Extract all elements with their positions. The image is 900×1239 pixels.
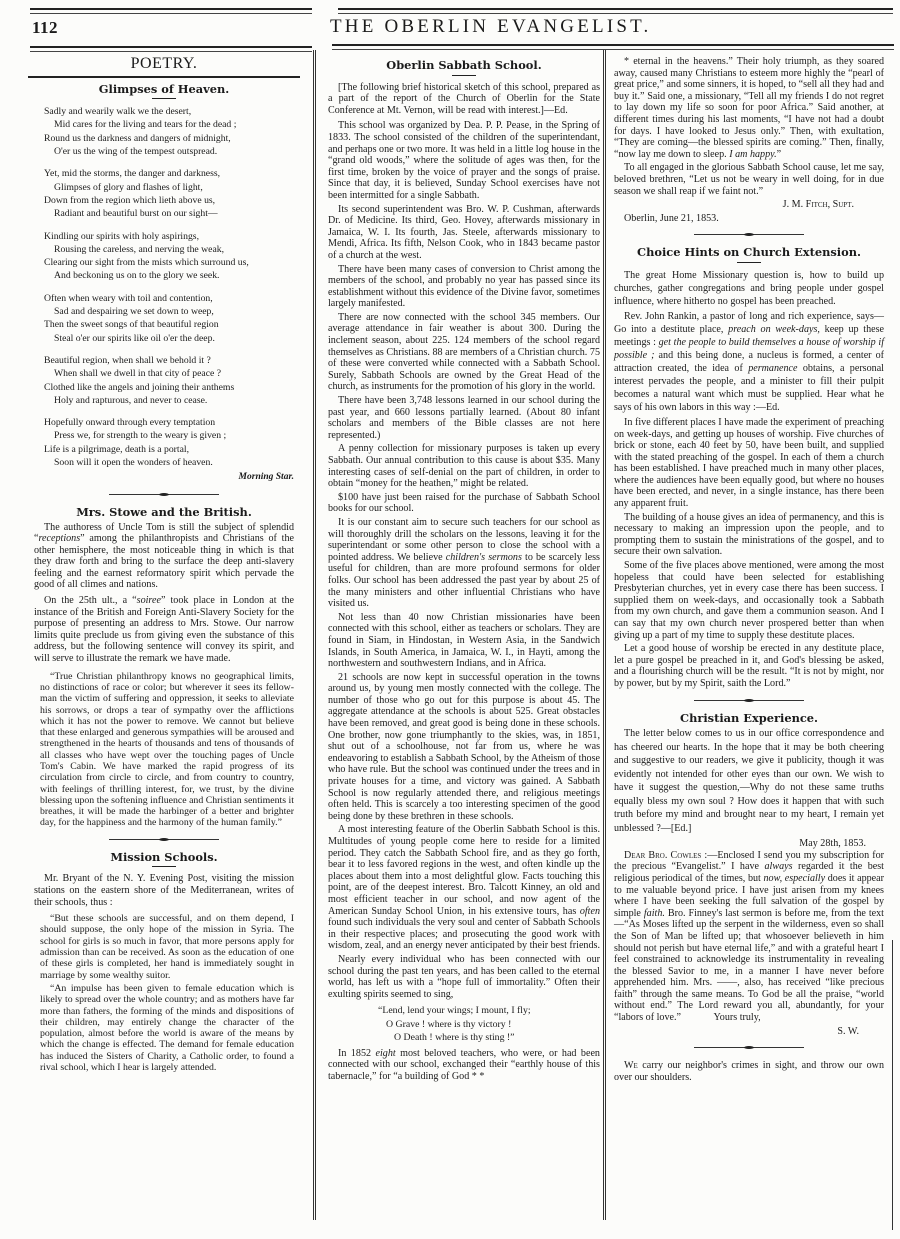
article-paragraph: There are now connected with the school … <box>328 312 600 393</box>
article-paragraph: The authoress of Uncle Tom is still the … <box>34 522 294 592</box>
header-rule-right-top <box>338 8 893 14</box>
poem-stanza: Kindling our spirits with holy aspirings… <box>44 230 294 283</box>
middle-column: Oberlin Sabbath School. [The following b… <box>328 56 600 1085</box>
article-paragraph: Let a good house of worship be erected i… <box>614 643 884 689</box>
column-divider-left <box>313 50 316 1220</box>
article-paragraph: $100 have just been raised for the purch… <box>328 492 600 515</box>
article-paragraph: The letter below comes to us in our offi… <box>614 727 884 835</box>
article-separator <box>694 1047 804 1048</box>
block-quote: “An impulse has been given to female edu… <box>40 983 294 1073</box>
continued-paragraph: * eternal in the heavens.” Their holy tr… <box>614 56 884 160</box>
title-rule <box>152 866 176 867</box>
article-title-stowe: Mrs. Stowe and the British. <box>34 507 294 519</box>
article-paragraph: Some of the five places above mentioned,… <box>614 560 884 641</box>
article-title-sabbath-school: Oberlin Sabbath School. <box>328 60 600 72</box>
article-paragraph: A penny collection for missionary purpos… <box>328 443 600 489</box>
article-paragraph: In 1852 eight most beloved teachers, who… <box>328 1048 600 1083</box>
article-paragraph: A most interesting feature of the Oberli… <box>328 824 600 952</box>
letter-initials: S. W. <box>614 1026 884 1038</box>
article-separator <box>694 234 804 235</box>
page-edge-right <box>892 940 893 1230</box>
article-paragraph: The great Home Missionary question is, h… <box>614 269 884 308</box>
article-paragraph: There have been many cases of conversion… <box>328 264 600 310</box>
article-separator <box>109 839 219 840</box>
hymn-verse: “Lend, lend your wings; I mount, I fly; … <box>378 1004 600 1045</box>
article-separator <box>694 700 804 701</box>
column-divider-right <box>603 50 606 1220</box>
poem-stanza: Beautiful region, when shall we behold i… <box>44 354 294 407</box>
article-paragraph: There have been 3,748 lessons learned in… <box>328 395 600 441</box>
block-quote: “But these schools are successful, and o… <box>40 913 294 981</box>
article-paragraph: Not less than 40 now Christian missionar… <box>328 612 600 670</box>
right-column: * eternal in the heavens.” Their holy tr… <box>614 56 884 1085</box>
header-rule-right-bottom <box>332 44 894 50</box>
article-paragraph: To all engaged in the glorious Sabbath S… <box>614 162 884 197</box>
poem-stanza: Yet, mid the storms, the danger and dark… <box>44 167 294 220</box>
article-separator <box>109 494 219 495</box>
left-column: POETRY. Glimpses of Heaven. Sadly and we… <box>34 56 294 1075</box>
proverb: We carry our neighbor's crimes in sight,… <box>614 1060 884 1083</box>
editor-intro: [The following brief historical sketch o… <box>328 82 600 117</box>
article-paragraph: It is our constant aim to secure such te… <box>328 517 600 610</box>
masthead-title: THE OBERLIN EVANGELIST. <box>330 16 651 38</box>
article-paragraph: The building of a house gives an idea of… <box>614 512 884 558</box>
article-title-church-extension: Choice Hints on Church Extension. <box>614 247 884 259</box>
article-title-mission: Mission Schools. <box>34 852 294 864</box>
article-paragraph: Rev. John Rankin, a pastor of long and r… <box>614 310 884 414</box>
poem-stanza: Sadly and wearily walk we the desert,Mid… <box>44 105 294 158</box>
block-quote: “True Christian philanthropy knows no ge… <box>40 671 294 829</box>
dateline: Oberlin, June 21, 1853. <box>614 213 884 225</box>
title-rule <box>737 262 761 263</box>
signature: J. M. Fitch, Supt. <box>614 199 884 211</box>
article-paragraph: In five different places I have made the… <box>614 417 884 510</box>
article-paragraph: On the 25th ult., a “soiree” took place … <box>34 595 294 665</box>
article-title-christian-experience: Christian Experience. <box>614 713 884 725</box>
title-rule <box>152 98 176 99</box>
poem-attribution: Morning Star. <box>34 472 294 484</box>
article-paragraph: Mr. Bryant of the N. Y. Evening Post, vi… <box>34 873 294 908</box>
article-paragraph: 21 schools are now kept in successful op… <box>328 672 600 823</box>
section-heading-poetry: POETRY. <box>34 58 294 70</box>
poem-stanza: Hopefully onward through every temptatio… <box>44 416 294 469</box>
section-rule <box>28 76 300 78</box>
letter-date: May 28th, 1853. <box>614 838 884 850</box>
title-rule <box>452 75 476 76</box>
poem-stanza: Often when weary with toil and contentio… <box>44 292 294 345</box>
article-paragraph: Its second superintendent was Bro. W. P.… <box>328 204 600 262</box>
poem-title: Glimpses of Heaven. <box>34 84 294 96</box>
page-number: 112 <box>32 18 58 38</box>
header-rule-left-bottom <box>30 46 312 52</box>
article-paragraph: Nearly every individual who has been con… <box>328 954 600 1000</box>
article-paragraph: This school was organized by Dea. P. P. … <box>328 120 600 201</box>
letter-body: Dear Bro. Cowles :—Enclosed I send you m… <box>614 850 884 1024</box>
header-rule-left-top <box>30 8 312 14</box>
